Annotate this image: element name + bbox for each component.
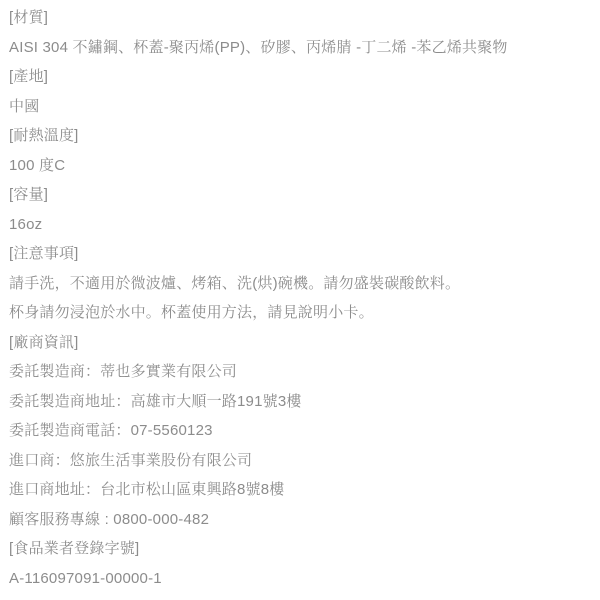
product-spec-section: [材質] AISI 304 不鏽鋼、杯蓋-聚丙烯(PP)、矽膠、丙烯腈 -丁二烯… bbox=[0, 0, 600, 600]
section-label-food-business-registration: [食品業者登錄字號] bbox=[9, 534, 592, 564]
section-label-origin: [產地] bbox=[9, 62, 592, 92]
precautions-line-2: 杯身請勿浸泡於水中。杯蓋使用方法，請見說明小卡。 bbox=[9, 298, 592, 328]
customer-service-hotline: 顧客服務專線 : 0800-000-482 bbox=[9, 505, 592, 535]
section-label-precautions: [注意事項] bbox=[9, 239, 592, 269]
origin-value: 中國 bbox=[9, 92, 592, 122]
material-value: AISI 304 不鏽鋼、杯蓋-聚丙烯(PP)、矽膠、丙烯腈 -丁二烯 -苯乙烯… bbox=[9, 33, 592, 63]
food-business-registration-number: A-116097091-00000-1 bbox=[9, 564, 592, 594]
section-label-heat-tolerance: [耐熱溫度] bbox=[9, 121, 592, 151]
contract-manufacturer-address: 委託製造商地址：高雄市大順一路191號3樓 bbox=[9, 387, 592, 417]
section-label-capacity: [容量] bbox=[9, 180, 592, 210]
heat-tolerance-value: 100 度C bbox=[9, 151, 592, 181]
section-label-manufacturer-info: [廠商資訊] bbox=[9, 328, 592, 358]
section-label-material: [材質] bbox=[9, 3, 592, 33]
contract-manufacturer-phone: 委託製造商電話：07-5560123 bbox=[9, 416, 592, 446]
capacity-value: 16oz bbox=[9, 210, 592, 240]
contract-manufacturer: 委託製造商：蒂也多實業有限公司 bbox=[9, 357, 592, 387]
importer-address: 進口商地址：台北市松山區東興路8號8樓 bbox=[9, 475, 592, 505]
importer: 進口商：悠旅生活事業股份有限公司 bbox=[9, 446, 592, 476]
precautions-line-1: 請手洗，不適用於微波爐、烤箱、洗(烘)碗機。請勿盛裝碳酸飲料。 bbox=[9, 269, 592, 299]
